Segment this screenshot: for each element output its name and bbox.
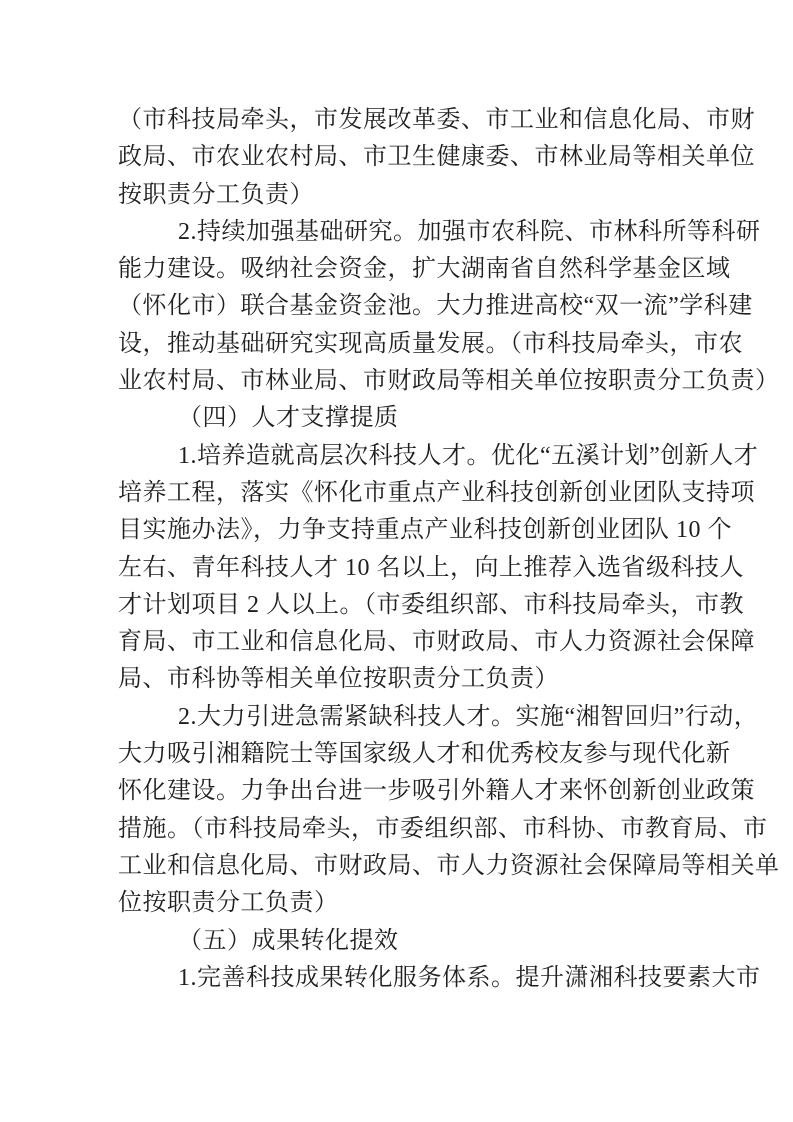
text-line: 局、市科协等相关单位按职责分工负责）	[118, 661, 778, 698]
text-line: （五）成果转化提效	[118, 923, 778, 960]
text-line: 按职责分工负责）	[118, 177, 778, 214]
text-line: 措施。（市科技局牵头，市委组织部、市科协、市教育局、市	[118, 811, 778, 848]
text-line: 2.大力引进急需紧缺科技人才。实施“湘智回归”行动，	[118, 699, 778, 736]
text-line: 大力吸引湘籍院士等国家级人才和优秀校友参与现代化新	[118, 736, 778, 773]
text-line: 业农村局、市林业局、市财政局等相关单位按职责分工负责）	[118, 363, 778, 400]
text-line: 能力建设。吸纳社会资金，扩大湖南省自然科学基金区域	[118, 251, 778, 288]
text-line: 目实施办法》，力争支持重点产业科技创新创业团队 10 个	[118, 512, 778, 549]
text-line: 怀化建设。力争出台进一步吸引外籍人才来怀创新创业政策	[118, 773, 778, 810]
para-cultivate-talent: 1.培养造就高层次科技人才。优化“五溪计划”创新人才培养工程，落实《怀化市重点产…	[118, 438, 778, 699]
text-line: 位按职责分工负责）	[118, 885, 778, 922]
heading-section-5: （五）成果转化提效	[118, 923, 778, 960]
text-line: （怀化市）联合基金资金池。大力推进高校“双一流”学科建	[118, 288, 778, 325]
text-line: 培养工程，落实《怀化市重点产业科技创新创业团队支持项	[118, 475, 778, 512]
heading-section-4: （四）人才支撑提质	[118, 400, 778, 437]
text-line: 政局、市农业农村局、市卫生健康委、市林业局等相关单位	[118, 139, 778, 176]
text-line: （四）人才支撑提质	[118, 400, 778, 437]
para-attribution-continuation: （市科技局牵头，市发展改革委、市工业和信息化局、市财政局、市农业农村局、市卫生健…	[118, 102, 778, 214]
text-line: 工业和信息化局、市财政局、市人力资源社会保障局等相关单	[118, 848, 778, 885]
text-line: 才计划项目 2 人以上。（市委组织部、市科技局牵头，市教	[118, 587, 778, 624]
para-achievement-transfer: 1.完善科技成果转化服务体系。提升潇湘科技要素大市	[118, 960, 778, 997]
document-body: （市科技局牵头，市发展改革委、市工业和信息化局、市财政局、市农业农村局、市卫生健…	[118, 102, 778, 997]
text-line: 2.持续加强基础研究。加强市农科院、市林科所等科研	[118, 214, 778, 251]
text-line: 育局、市工业和信息化局、市财政局、市人力资源社会保障	[118, 624, 778, 661]
text-line: 1.培养造就高层次科技人才。优化“五溪计划”创新人才	[118, 438, 778, 475]
text-line: 设，推动基础研究实现高质量发展。（市科技局牵头，市农	[118, 326, 778, 363]
document-page: （市科技局牵头，市发展改革委、市工业和信息化局、市财政局、市农业农村局、市卫生健…	[0, 0, 793, 1122]
text-line: 1.完善科技成果转化服务体系。提升潇湘科技要素大市	[118, 960, 778, 997]
para-recruit-talent: 2.大力引进急需紧缺科技人才。实施“湘智回归”行动，大力吸引湘籍院士等国家级人才…	[118, 699, 778, 923]
text-line: （市科技局牵头，市发展改革委、市工业和信息化局、市财	[118, 102, 778, 139]
para-basic-research: 2.持续加强基础研究。加强市农科院、市林科所等科研能力建设。吸纳社会资金，扩大湖…	[118, 214, 778, 400]
text-line: 左右、青年科技人才 10 名以上，向上推荐入选省级科技人	[118, 550, 778, 587]
